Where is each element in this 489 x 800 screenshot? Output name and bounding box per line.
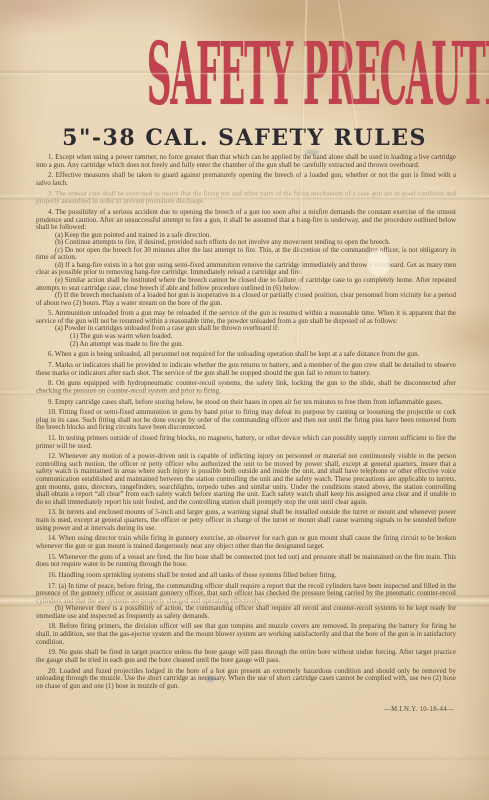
rule-paragraph: 4. The possibility of a serious accident… <box>36 209 456 232</box>
rule-paragraph: 3. The utmost care shall be exercised to… <box>36 191 456 206</box>
rule-paragraph: 17. (a) In time of peace, before firing,… <box>36 583 456 606</box>
rule-paragraph: 6. When a gun is being unloaded, all per… <box>36 351 456 359</box>
rule-paragraph: 12. Whenever any motion of a power-drive… <box>36 453 456 506</box>
rule-paragraph: (2) An attempt was made to fire the gun. <box>36 341 456 349</box>
rule-paragraph: (f) If the breech mechanism of a loaded … <box>36 292 456 307</box>
rule-paragraph: 1. Except when using a power rammer, no … <box>36 154 456 169</box>
rule-paragraph: 10. Fitting fixed or semi-fixed ammuniti… <box>36 409 456 432</box>
poster-title: SAFETY PRECAUTIONS <box>147 40 343 111</box>
rule-paragraph: 15. Whenever the guns of a vessel are fi… <box>36 554 456 569</box>
rule-paragraph: 14. When using director train while firi… <box>36 535 456 550</box>
safety-poster: SAFETY PRECAUTIONS 5"-38 CAL. SAFETY RUL… <box>0 0 489 800</box>
rule-paragraph: (d) If a hang-fire exists in a hot gun u… <box>36 262 456 277</box>
rule-paragraph: 16. Handling room sprinkling systems sha… <box>36 572 456 580</box>
rule-paragraph: 9. Empty cartridge cases shall, before s… <box>36 399 456 407</box>
poster-subtitle: 5"-38 CAL. SAFETY RULES <box>0 125 489 151</box>
rule-paragraph: 7. Marks or indicators shall be provided… <box>36 362 456 377</box>
rule-paragraph: 5. Ammunition unloaded from a gun may be… <box>36 310 456 325</box>
rule-paragraph: 13. In turrets and enclosed mounts of 5-… <box>36 509 456 532</box>
rule-paragraph: (b) Whenever there is a possibility of a… <box>36 605 456 620</box>
rule-paragraph: (c) Do not open the breech for 30 minute… <box>36 247 456 262</box>
rule-paragraph: 18. Before firing primers, the division … <box>36 623 456 646</box>
signature-line: —M.I.N.Y. 10-18-44— <box>36 706 456 714</box>
paper-crease <box>0 756 489 761</box>
rule-paragraph: 8. On guns equipped with hydropneumatic … <box>36 380 456 395</box>
rule-paragraph: 2. Effective measures shall be taken to … <box>36 172 456 187</box>
rules-list: 1. Except when using a power rammer, no … <box>36 151 456 714</box>
rule-paragraph: 11. In testing primers outside of closed… <box>36 435 456 450</box>
rule-paragraph: 19. No guns shall be fired in target pra… <box>36 649 456 664</box>
rule-paragraph: (e) Similar action shall be instituted w… <box>36 277 456 292</box>
rule-paragraph: 20. Loaded and fuzed projectiles lodged … <box>36 668 456 691</box>
